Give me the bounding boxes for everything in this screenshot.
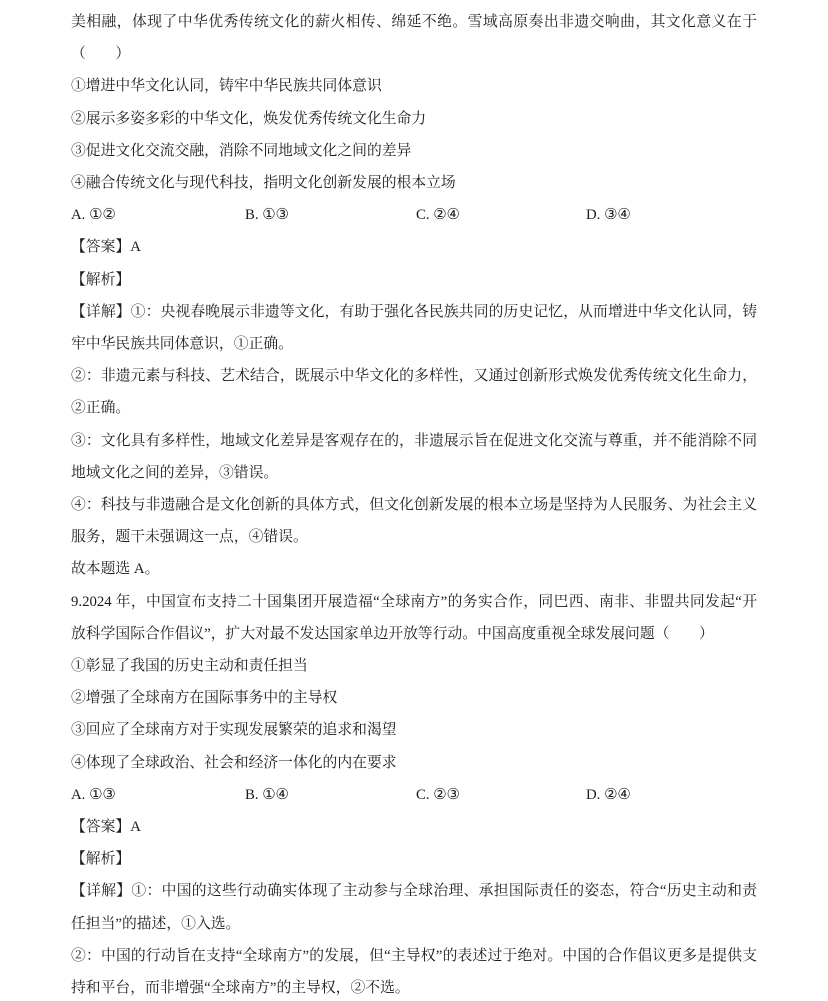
- explanation-line: 【详解】①：央视春晚展示非遗等文化，有助于强化各民族共同的历史记忆，从而增进中华…: [71, 296, 757, 328]
- explanation-line: ③：文化具有多样性，地域文化差异是客观存在的，非遗展示旨在促进文化交流与尊重，并…: [71, 425, 757, 457]
- explanation-line: 持和平台，而非增强“全球南方”的主导权，②不选。: [71, 972, 757, 1001]
- statement-line: ①增进中华文化认同，铸牢中华民族共同体意识: [71, 70, 757, 102]
- document-page: 美相融，体现了中华优秀传统文化的薪火相传、绵延不绝。雪域高原奏出非遗交响曲，其文…: [0, 0, 828, 1001]
- statement-line: ①彰显了我国的历史主动和责任担当: [71, 650, 757, 682]
- answer-line: 【答案】A: [71, 811, 757, 843]
- choice-item: D. ②④: [586, 779, 757, 811]
- statement-line: ③回应了全球南方对于实现发展繁荣的追求和渴望: [71, 714, 757, 746]
- question-stem-line: 美相融，体现了中华优秀传统文化的薪火相传、绵延不绝。雪域高原奏出非遗交响曲，其文…: [71, 6, 757, 38]
- statement-line: ②增强了全球南方在国际事务中的主导权: [71, 682, 757, 714]
- conclusion-line: 故本题选 A。: [71, 553, 757, 585]
- explanation-line: 任担当”的描述，①入选。: [71, 908, 757, 940]
- statement-line: ④融合传统文化与现代科技，指明文化创新发展的根本立场: [71, 167, 757, 199]
- choices-row: A. ①③B. ①④C. ②③D. ②④: [71, 779, 757, 811]
- question-stem-line: 9.2024 年，中国宣布支持二十国集团开展造福“全球南方”的务实合作，同巴西、…: [71, 586, 757, 618]
- choice-item: A. ①②: [71, 199, 245, 231]
- explanation-line: ②正确。: [71, 392, 757, 424]
- explanation-line: 牢中华民族共同体意识，①正确。: [71, 328, 757, 360]
- explanation-line: 地域文化之间的差异，③错误。: [71, 457, 757, 489]
- analysis-line: 【解析】: [71, 264, 757, 296]
- question-stem-line: 放科学国际合作倡议”，扩大对最不发达国家单边开放等行动。中国高度重视全球发展问题…: [71, 618, 757, 650]
- choice-item: C. ②③: [416, 779, 586, 811]
- choice-item: D. ③④: [586, 199, 757, 231]
- choice-item: C. ②④: [416, 199, 586, 231]
- explanation-line: 服务，题干未强调这一点，④错误。: [71, 521, 757, 553]
- explanation-line: ②：中国的行动旨在支持“全球南方”的发展，但“主导权”的表述过于绝对。中国的合作…: [71, 940, 757, 972]
- statement-line: ③促进文化交流交融，消除不同地域文化之间的差异: [71, 135, 757, 167]
- explanation-line: ②：非遗元素与科技、艺术结合，既展示中华文化的多样性，又通过创新形式焕发优秀传统…: [71, 360, 757, 392]
- choice-item: A. ①③: [71, 779, 245, 811]
- explanation-line: 【详解】①：中国的这些行动确实体现了主动参与全球治理、承担国际责任的姿态，符合“…: [71, 875, 757, 907]
- statement-line: ④体现了全球政治、社会和经济一体化的内在要求: [71, 747, 757, 779]
- document-content: 美相融，体现了中华优秀传统文化的薪火相传、绵延不绝。雪域高原奏出非遗交响曲，其文…: [71, 6, 757, 1001]
- choice-item: B. ①④: [245, 779, 416, 811]
- analysis-line: 【解析】: [71, 843, 757, 875]
- explanation-line: ④：科技与非遗融合是文化创新的具体方式，但文化创新发展的根本立场是坚持为人民服务…: [71, 489, 757, 521]
- statement-line: ②展示多姿多彩的中华文化，焕发优秀传统文化生命力: [71, 103, 757, 135]
- choices-row: A. ①②B. ①③C. ②④D. ③④: [71, 199, 757, 231]
- choice-item: B. ①③: [245, 199, 416, 231]
- question-stem-line: （ ）: [71, 38, 757, 70]
- answer-line: 【答案】A: [71, 231, 757, 263]
